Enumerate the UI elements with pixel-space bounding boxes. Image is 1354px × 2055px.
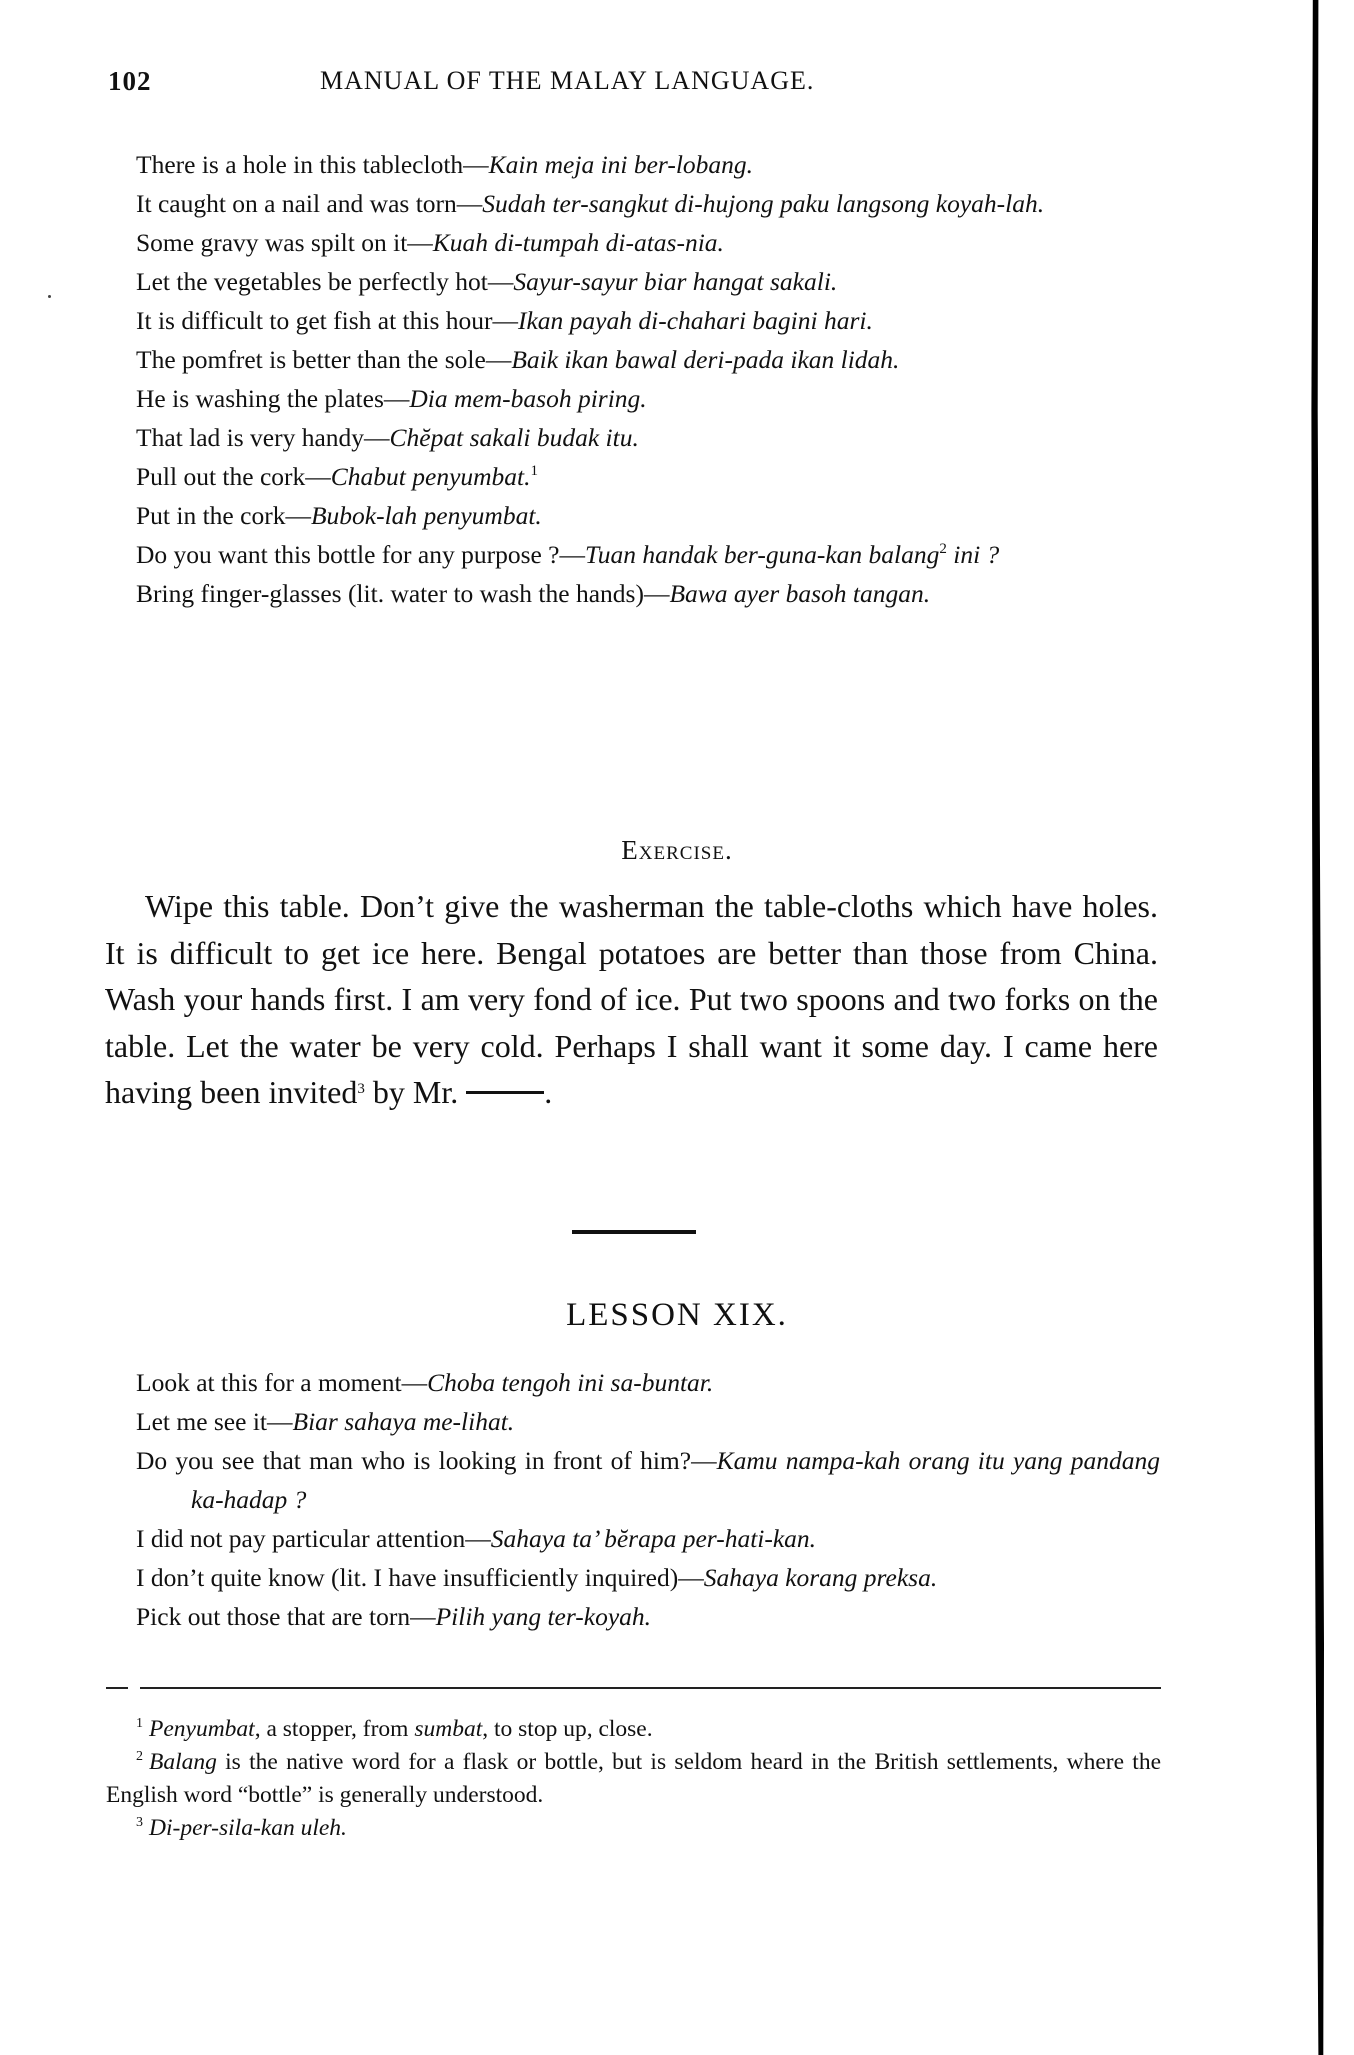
phrase-item: Do you want this bottle for any purpose …: [136, 535, 1160, 574]
exercise-text: Wipe this table. Don’t give the washerma…: [105, 883, 1158, 1116]
phrase-item: I don’t quite know (lit. I have insuffic…: [136, 1558, 1160, 1597]
phrase-item: He is washing the plates—Dia mem-basoh p…: [136, 379, 1160, 418]
phrase-list-lesson: Look at this for a moment—Choba tengoh i…: [136, 1363, 1160, 1636]
exercise-heading: Exercise.: [0, 835, 1354, 866]
phrase-item: Bring finger-glasses (lit. water to wash…: [136, 574, 1160, 613]
phrase-item: It caught on a nail and was torn—Sudah t…: [136, 184, 1160, 223]
phrase-item: The pomfret is better than the sole—Baik…: [136, 340, 1160, 379]
phrase-item: There is a hole in this tablecloth—Kain …: [136, 145, 1160, 184]
phrase-item: Put in the cork—Bubok-lah penyumbat.: [136, 496, 1160, 535]
book-page: 102 MANUAL OF THE MALAY LANGUAGE. There …: [0, 0, 1354, 2055]
phrase-item: Let me see it—Biar sahaya me-lihat.: [136, 1402, 1160, 1441]
running-title: MANUAL OF THE MALAY LANGUAGE.: [320, 66, 814, 96]
footnote-ref: 2: [939, 541, 947, 557]
page-binding-edge: [1310, 0, 1324, 2055]
scan-speck: [48, 295, 51, 298]
phrase-item: Pull out the cork—Chabut penyumbat.1: [136, 457, 1160, 496]
page-number: 102: [108, 66, 152, 97]
footnote-1: 1Penyumbat, a stopper, from sumbat, to s…: [106, 1713, 1161, 1746]
phrase-item: Pick out those that are torn—Pilih yang …: [136, 1597, 1160, 1636]
phrase-item: Do you see that man who is looking in fr…: [136, 1441, 1160, 1519]
running-head: 102 MANUAL OF THE MALAY LANGUAGE.: [108, 66, 1178, 106]
phrase-item: Look at this for a moment—Choba tengoh i…: [136, 1363, 1160, 1402]
phrase-list-top: There is a hole in this tablecloth—Kain …: [136, 145, 1160, 613]
footnote-ref: 1: [531, 463, 539, 479]
phrase-item: I did not pay particular attention—Sahay…: [136, 1519, 1160, 1558]
phrase-item: Some gravy was spilt on it—Kuah di-tumpa…: [136, 223, 1160, 262]
phrase-item: Let the vegetables be perfectly hot—Sayu…: [136, 262, 1160, 301]
footnote-3: 3Di-per-sila-kan uleh.: [106, 1812, 1161, 1845]
footnote-2: 2Balang is the native word for a flask o…: [106, 1746, 1161, 1812]
lesson-heading: LESSON XIX.: [0, 1297, 1354, 1334]
phrase-item: It is difficult to get fish at this hour…: [136, 301, 1160, 340]
phrase-item: That lad is very handy—Chĕpat sakali bud…: [136, 418, 1160, 457]
blank-name-line: [466, 1091, 544, 1094]
footnote-ref: 3: [357, 1081, 365, 1097]
footnote-rule: [106, 1687, 1161, 1689]
footnotes: 1Penyumbat, a stopper, from sumbat, to s…: [106, 1713, 1161, 1845]
section-divider: [572, 1230, 696, 1234]
